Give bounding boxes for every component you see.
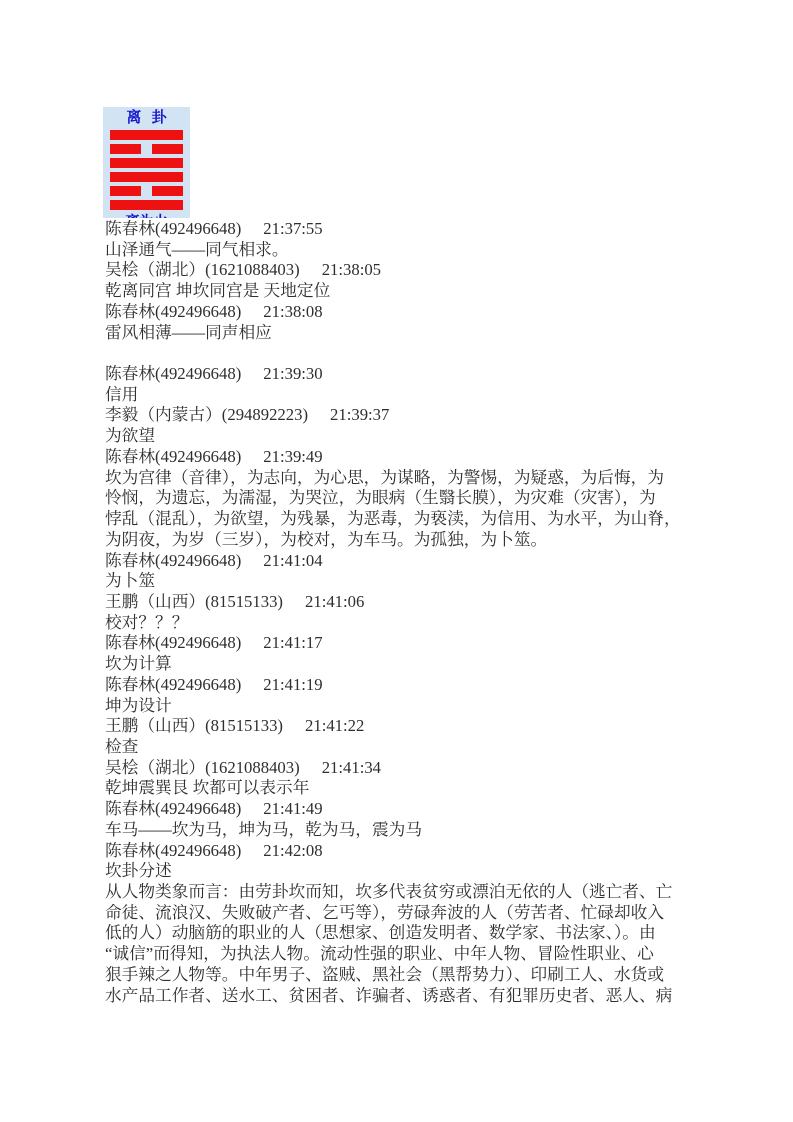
sender-name: 陈春林(492496648) xyxy=(105,364,241,383)
message-timestamp: 21:38:05 xyxy=(322,260,381,279)
message-timestamp: 21:41:34 xyxy=(322,758,381,777)
message-text: 坎为宫律（音律），为志向，为心思，为谋略，为警惕，为疑惑，为后悔，为 xyxy=(105,468,705,489)
sender-name: 陈春林(492496648) xyxy=(105,219,241,238)
message-text: 雷风相薄——同声相应 xyxy=(105,323,705,344)
hexagram-caption-clipped: 离为火 xyxy=(103,214,190,218)
hexagram-line-segment xyxy=(110,186,141,196)
message-text: 怜悯，为遗忘，为濡湿，为哭泣，为眼病（生翳长膜），为灾难（灾害），为 xyxy=(105,488,705,509)
message-timestamp: 21:41:04 xyxy=(263,551,322,570)
message-header: 陈春林(492496648)21:37:55 xyxy=(105,219,705,240)
message-timestamp: 21:39:30 xyxy=(263,364,322,383)
sender-name: 王鹏（山西）(81515133) xyxy=(105,716,283,735)
message-text: 狠手辣之人物等。中年男子、盗贼、黑社会（黑帮势力）、印刷工人、水货或 xyxy=(105,965,705,986)
message-timestamp: 21:39:49 xyxy=(263,447,322,466)
chat-transcript: 陈春林(492496648)21:37:55山泽通气——同气相求。吴桧（湖北）(… xyxy=(105,219,705,1006)
message-header: 陈春林(492496648)21:42:08 xyxy=(105,841,705,862)
message-text: 为卜筮 xyxy=(105,571,705,592)
message-text: 坎为计算 xyxy=(105,654,705,675)
message-text: 从人物类象而言：由劳卦坎而知，坎多代表贫穷或漂泊无依的人（逃亡者、亡 xyxy=(105,882,705,903)
hexagram-line-broken xyxy=(110,144,183,154)
message-text: 水产品工作者、送水工、贫困者、诈骗者、诱惑者、有犯罪历史者、恶人、病 xyxy=(105,986,705,1007)
message-header: 陈春林(492496648)21:41:17 xyxy=(105,633,705,654)
sender-name: 陈春林(492496648) xyxy=(105,551,241,570)
message-timestamp: 21:42:08 xyxy=(263,841,322,860)
message-text: 山泽通气——同气相求。 xyxy=(105,240,705,261)
sender-name: 吴桧（湖北）(1621088403) xyxy=(105,260,300,279)
message-text: 为阴夜，为岁（三岁），为校对，为车马。为孤独，为卜筮。 xyxy=(105,530,705,551)
hexagram-title: 离 卦 xyxy=(103,109,190,127)
message-text: 检查 xyxy=(105,737,705,758)
message-header: 陈春林(492496648)21:41:19 xyxy=(105,675,705,696)
message-text: “诚信”而得知，为执法人物。流动性强的职业、中年人物、冒险性职业、心 xyxy=(105,944,705,965)
message-header: 陈春林(492496648)21:39:49 xyxy=(105,447,705,468)
message-header: 陈春林(492496648)21:38:08 xyxy=(105,302,705,323)
sender-name: 吴桧（湖北）(1621088403) xyxy=(105,758,300,777)
hexagram-line-segment xyxy=(152,186,183,196)
blank-line xyxy=(105,343,705,364)
sender-name: 陈春林(492496648) xyxy=(105,447,241,466)
message-text: 悖乱（混乱），为欲望，为残暴，为恶毒，为亵渎，为信用、为水平，为山脊， xyxy=(105,509,705,530)
message-text: 坤为设计 xyxy=(105,696,705,717)
message-header: 陈春林(492496648)21:39:30 xyxy=(105,364,705,385)
message-timestamp: 21:41:22 xyxy=(305,716,364,735)
hexagram-line-solid xyxy=(110,172,183,182)
sender-name: 陈春林(492496648) xyxy=(105,675,241,694)
sender-name: 陈春林(492496648) xyxy=(105,841,241,860)
message-text: 坎卦分述 xyxy=(105,861,705,882)
sender-name: 陈春林(492496648) xyxy=(105,302,241,321)
message-header: 陈春林(492496648)21:41:04 xyxy=(105,551,705,572)
message-header: 吴桧（湖北）(1621088403)21:38:05 xyxy=(105,260,705,281)
sender-name: 陈春林(492496648) xyxy=(105,799,241,818)
hexagram-line-solid xyxy=(110,158,183,168)
message-text: 低的人）动脑筋的职业的人（思想家、创造发明者、数学家、书法家、）。由 xyxy=(105,923,705,944)
message-timestamp: 21:39:37 xyxy=(330,405,389,424)
message-header: 李毅（内蒙古）(294892223)21:39:37 xyxy=(105,405,705,426)
message-text: 校对？？？ xyxy=(105,613,705,634)
sender-name: 李毅（内蒙古）(294892223) xyxy=(105,405,308,424)
message-header: 王鹏（山西）(81515133)21:41:22 xyxy=(105,716,705,737)
hexagram-line-segment xyxy=(110,144,141,154)
message-header: 吴桧（湖北）(1621088403)21:41:34 xyxy=(105,758,705,779)
hexagram-image: 离 卦 离为火 xyxy=(103,107,190,218)
message-timestamp: 21:38:08 xyxy=(263,302,322,321)
message-header: 王鹏（山西）(81515133)21:41:06 xyxy=(105,592,705,613)
message-timestamp: 21:41:06 xyxy=(305,592,364,611)
message-text: 信用 xyxy=(105,385,705,406)
message-text: 乾离同宫 坤坎同宫是 天地定位 xyxy=(105,281,705,302)
document-page: 离 卦 离为火 陈春林(492496648)21:37:55山泽通气——同气相求… xyxy=(0,0,793,1122)
message-text: 为欲望 xyxy=(105,426,705,447)
hexagram-line-solid xyxy=(110,200,183,210)
message-timestamp: 21:41:19 xyxy=(263,675,322,694)
hexagram-line-solid xyxy=(110,130,183,140)
message-text: 车马——坎为马，坤为马，乾为马，震为马 xyxy=(105,820,705,841)
message-text: 乾坤震巽艮 坎都可以表示年 xyxy=(105,778,705,799)
message-header: 陈春林(492496648)21:41:49 xyxy=(105,799,705,820)
hexagram-line-segment xyxy=(152,144,183,154)
sender-name: 王鹏（山西）(81515133) xyxy=(105,592,283,611)
message-timestamp: 21:41:17 xyxy=(263,633,322,652)
hexagram-line-broken xyxy=(110,186,183,196)
message-timestamp: 21:37:55 xyxy=(263,219,322,238)
message-timestamp: 21:41:49 xyxy=(263,799,322,818)
hexagram-bars xyxy=(103,130,190,210)
message-text: 命徒、流浪汉、失败破产者、乞丐等），劳碌奔波的人（劳苦者、忙碌却收入 xyxy=(105,903,705,924)
sender-name: 陈春林(492496648) xyxy=(105,633,241,652)
